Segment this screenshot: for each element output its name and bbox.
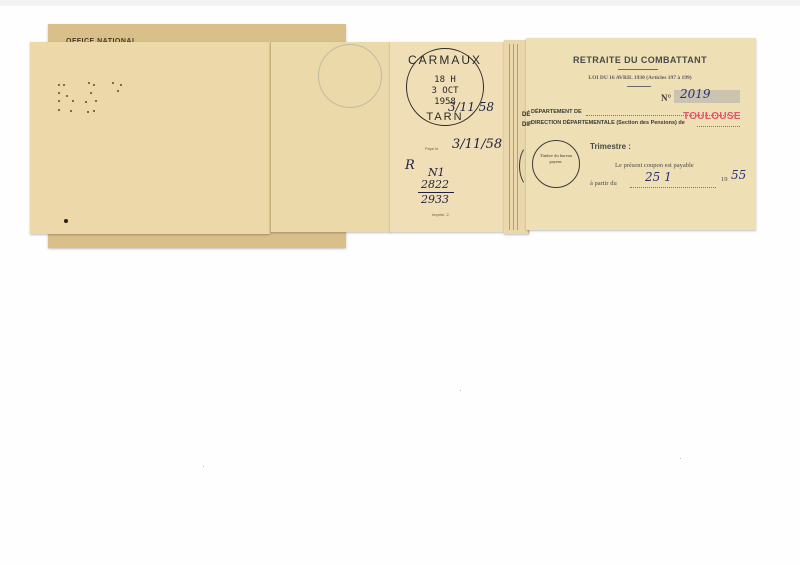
payable-text: Le présent coupon est payable (615, 162, 694, 169)
year-value: 55 (731, 168, 746, 182)
from-date-value: 25 1 (645, 170, 672, 184)
pension-coupon (526, 38, 756, 230)
page-edge (517, 44, 518, 230)
scan-top-edge (0, 0, 800, 6)
handwritten-date-2: 3/11/58 (452, 137, 502, 152)
handwritten-mark-r: R (405, 158, 415, 173)
postmark-carmaux: CARMAUX 18 H 3 OCT 1958 TARN (406, 48, 484, 126)
from-label: à partir du (590, 180, 617, 187)
scan-speck (680, 458, 681, 459)
from-date-line (630, 186, 716, 188)
year-prefix: 19 (721, 176, 728, 183)
scan-speck (203, 466, 204, 467)
handwritten-number-2: 2933 (421, 193, 449, 206)
page-edge (509, 44, 510, 230)
direction-line (697, 125, 740, 127)
punch-hole (64, 219, 68, 223)
number-label: N° (661, 93, 671, 103)
department-label: DÉPARTEMENT DE (531, 109, 582, 115)
direction-label: DIRECTION DÉPARTEMENTALE (Section des Pe… (531, 120, 685, 126)
postmark-time: 18 H (407, 75, 483, 85)
trimestre-label: Trimestre : (590, 142, 631, 151)
toulouse-stamp: TOULOUSE (683, 111, 741, 122)
postmark-date: 3 OCT (407, 86, 483, 96)
handwritten-number-1: 2822 (421, 178, 449, 191)
title-rule (618, 69, 658, 70)
page-edge (513, 44, 514, 230)
scan-speck (460, 390, 461, 391)
cut-prefix-1: DÉ (522, 112, 530, 118)
faded-postmark (318, 44, 382, 108)
faint-print: Payé le (425, 146, 438, 151)
postmark-town: CARMAUX (407, 53, 483, 67)
payer-stamp-circle: Timbre du bureau payeur. (532, 140, 580, 188)
handwritten-date-1: 3/11 58 (448, 100, 494, 114)
coupon-title: RETRAITE DU COMBATTANT (530, 55, 750, 65)
coupon-law: LOI DU 16 AVRIL 1930 (Articles 197 à 199… (530, 75, 750, 81)
law-rule (627, 86, 651, 87)
number-value: 2019 (680, 87, 711, 101)
printer-mark: Imprim. 2. (432, 212, 450, 217)
payer-stamp-text: Timbre du bureau payeur. (533, 153, 579, 164)
booklet-cover (30, 42, 270, 234)
